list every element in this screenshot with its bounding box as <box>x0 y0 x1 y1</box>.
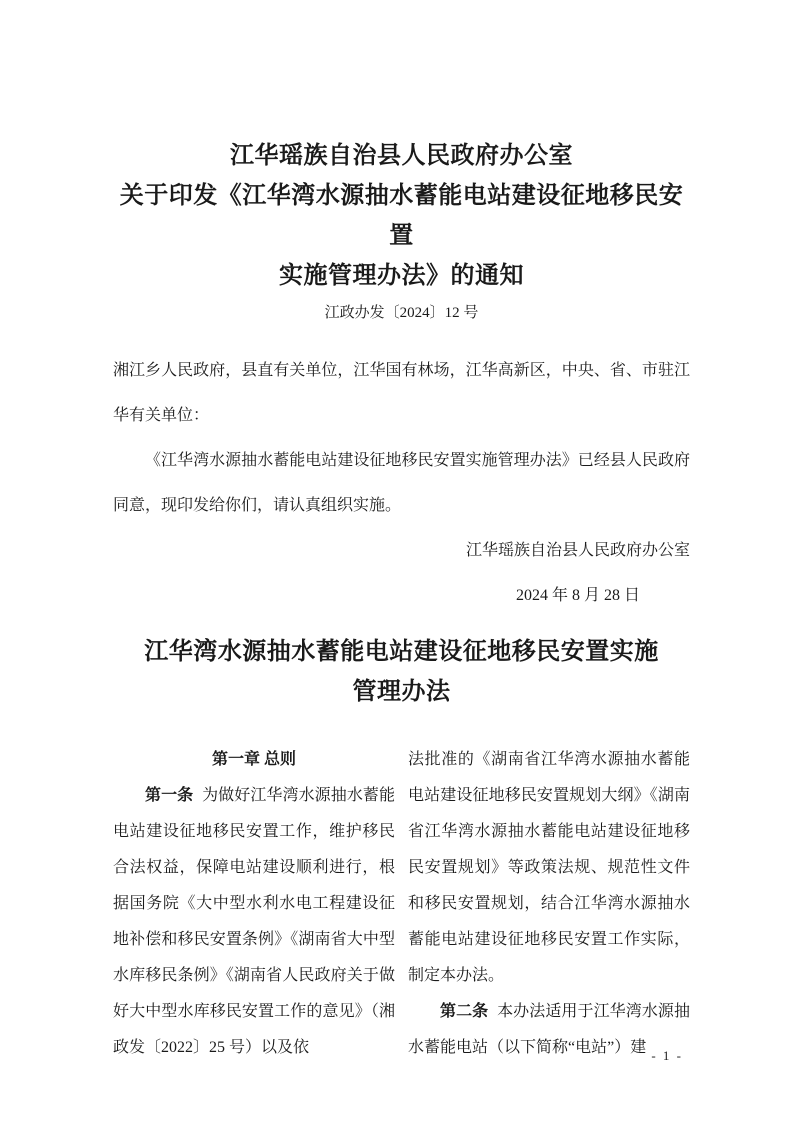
signature-date: 2024 年 8 月 28 日 <box>466 573 690 618</box>
notice-title-line-1: 江华瑶族自治县人民政府办公室 <box>113 136 690 176</box>
recipients-paragraph: 湘江乡人民政府，县直有关单位，江华国有林场，江华高新区，中央、省、市驻江华有关单… <box>113 348 690 438</box>
article-1-paragraph: 第一条为做好江华湾水源抽水蓄能电站建设征地移民安置工作，维护移民合法权益，保障电… <box>113 778 395 1066</box>
measures-title-line-2: 管理办法 <box>113 672 690 712</box>
document-content: 江华瑶族自治县人民政府办公室 关于印发《江华湾水源抽水蓄能电站建设征地移民安置 … <box>0 0 793 1066</box>
two-column-body: 第一章 总则 第一条为做好江华湾水源抽水蓄能电站建设征地移民安置工作，维护移民合… <box>113 742 690 1066</box>
measures-title-line-1: 江华湾水源抽水蓄能电站建设征地移民安置实施 <box>113 632 690 672</box>
article-2-paragraph: 第二条本办法适用于江华湾水源抽水蓄能电站（以下简称“电站”）建 <box>408 994 690 1066</box>
measures-title: 江华湾水源抽水蓄能电站建设征地移民安置实施 管理办法 <box>113 632 690 712</box>
article-2-label: 第二条 <box>440 1003 488 1020</box>
signature-inner: 江华瑶族自治县人民政府办公室 2024 年 8 月 28 日 <box>466 528 690 618</box>
document-page: 江华瑶族自治县人民政府办公室 关于印发《江华湾水源抽水蓄能电站建设征地移民安置 … <box>0 0 793 1122</box>
signature-office: 江华瑶族自治县人民政府办公室 <box>466 528 690 573</box>
left-column: 第一章 总则 第一条为做好江华湾水源抽水蓄能电站建设征地移民安置工作，维护移民合… <box>113 742 395 1066</box>
page-number: - 1 - <box>651 1048 683 1064</box>
chapter-heading: 第一章 总则 <box>113 742 395 778</box>
right-column: 法批准的《湖南省江华湾水源抽水蓄能电站建设征地移民安置规划大纲》《湖南省江华湾水… <box>408 742 690 1066</box>
article-1-continuation: 法批准的《湖南省江华湾水源抽水蓄能电站建设征地移民安置规划大纲》《湖南省江华湾水… <box>408 742 690 994</box>
signature-block: 江华瑶族自治县人民政府办公室 2024 年 8 月 28 日 <box>113 528 690 618</box>
doc-number: 江政办发〔2024〕12 号 <box>113 300 690 326</box>
notice-title-line-3: 实施管理办法》的通知 <box>113 256 690 296</box>
notice-title-line-2: 关于印发《江华湾水源抽水蓄能电站建设征地移民安置 <box>113 176 690 256</box>
notice-body-paragraph: 《江华湾水源抽水蓄能电站建设征地移民安置实施管理办法》已经县人民政府同意，现印发… <box>113 438 690 528</box>
notice-title: 江华瑶族自治县人民政府办公室 关于印发《江华湾水源抽水蓄能电站建设征地移民安置 … <box>113 136 690 296</box>
article-1-text-left: 为做好江华湾水源抽水蓄能电站建设征地移民安置工作，维护移民合法权益，保障电站建设… <box>113 787 395 1056</box>
article-1-label: 第一条 <box>145 787 193 804</box>
